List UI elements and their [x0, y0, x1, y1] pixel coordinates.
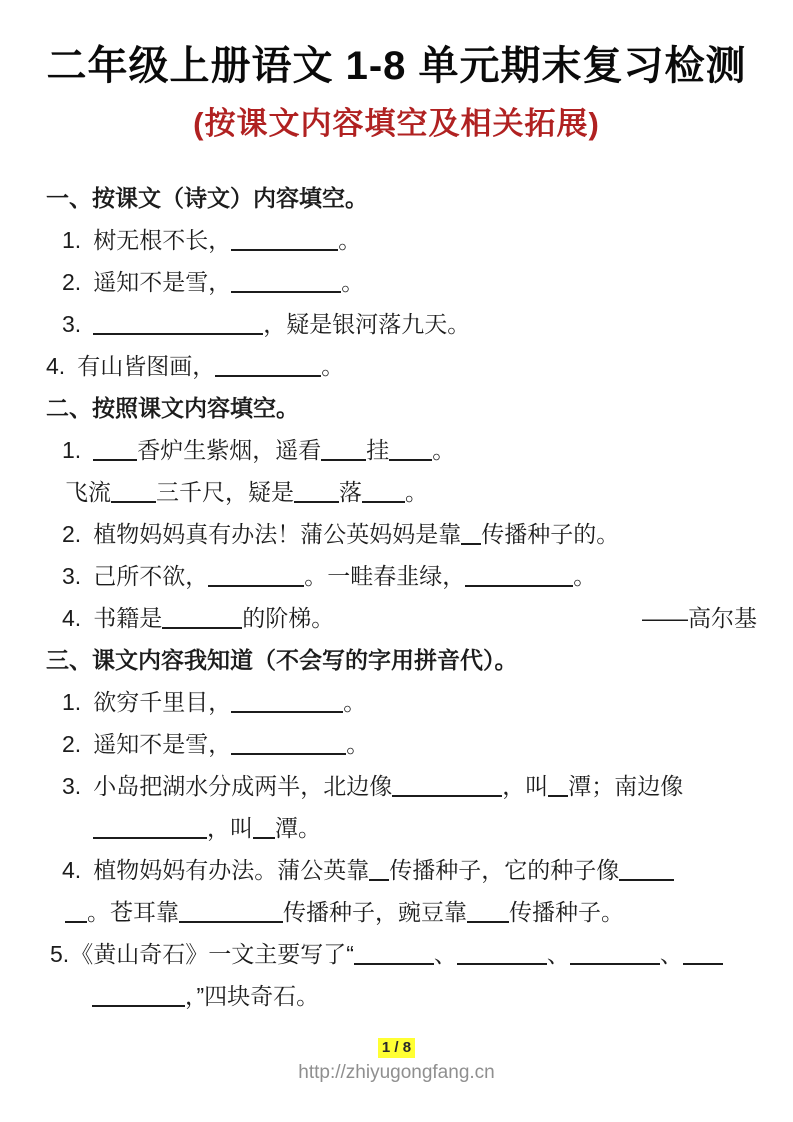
text-run: 遥知不是雪，	[93, 731, 231, 757]
worksheet-line: 1.树无根不长，。	[46, 219, 757, 261]
text-run: ，叫	[502, 773, 548, 799]
text-run: 传播种子。	[509, 899, 624, 925]
text-run: 有山皆图画，	[77, 353, 215, 379]
fill-in-blank	[619, 879, 674, 881]
text-run: 传播种子，它的种子像	[389, 857, 619, 883]
text-run: 。苍耳靠	[87, 899, 179, 925]
fill-in-blank	[465, 585, 573, 587]
fill-in-blank	[231, 249, 338, 251]
item-number: 3.	[62, 311, 81, 337]
fill-in-blank	[467, 921, 509, 923]
fill-in-blank	[548, 795, 568, 797]
fill-in-blank	[362, 501, 405, 503]
text-run: 欲穷千里目，	[93, 689, 231, 715]
fill-in-blank	[321, 459, 366, 461]
text-run: 《黄山奇石》一文主要写了“	[70, 941, 354, 967]
worksheet-line: 4.书籍是的阶梯。——高尔基	[46, 597, 757, 639]
fill-in-blank	[392, 795, 502, 797]
attribution: ——高尔基	[642, 597, 757, 639]
text-run: 。	[338, 227, 361, 253]
fill-in-blank	[570, 963, 660, 965]
text-run: 植物妈妈真有办法！蒲公英妈妈是靠	[93, 521, 461, 547]
text-run: 飞流	[65, 479, 111, 505]
item-number: 3.	[62, 563, 81, 589]
fill-in-blank	[683, 963, 723, 965]
text-run: 传播种子，豌豆靠	[283, 899, 467, 925]
page-number-badge: 1 / 8	[378, 1038, 415, 1058]
text-run: 小岛把湖水分成两半，北边像	[93, 773, 392, 799]
fill-in-blank	[93, 333, 263, 335]
text-run: 。	[346, 731, 369, 757]
item-number: 5.	[50, 941, 69, 967]
text-run: 。	[321, 353, 344, 379]
text-run: 三千尺，疑是	[156, 479, 294, 505]
worksheet-line: 1.欲穷千里目，。	[46, 681, 757, 723]
worksheet-line: 4.植物妈妈有办法。蒲公英靠传播种子，它的种子像	[46, 849, 757, 891]
text-run: 、	[547, 941, 570, 967]
footer-url: http://zhiyugongfang.cn	[0, 1061, 793, 1085]
text-run: 。	[343, 689, 366, 715]
text-run: 、	[434, 941, 457, 967]
worksheet-page: 二年级上册语文 1-8 单元期末复习检测 (按课文内容填空及相关拓展) 一、按课…	[0, 0, 793, 1122]
worksheet-line: 2.植物妈妈真有办法！蒲公英妈妈是靠传播种子的。	[46, 513, 757, 555]
item-number: 4.	[62, 857, 81, 883]
worksheet-line: 3.，疑是银河落九天。	[46, 303, 757, 345]
worksheet-line: 1.香炉生紫烟，遥看挂。	[46, 429, 757, 471]
fill-in-blank	[65, 921, 87, 923]
text-run: 遥知不是雪，	[93, 269, 231, 295]
item-number: 3.	[62, 773, 81, 799]
item-number: 2.	[62, 731, 81, 757]
text-run: 植物妈妈有办法。蒲公英靠	[93, 857, 369, 883]
text-run: 树无根不长，	[93, 227, 231, 253]
text-run: 。	[573, 563, 596, 589]
section-heading: 三、课文内容我知道（不会写的字用拼音代）。	[46, 639, 757, 681]
item-number: 1.	[62, 227, 81, 253]
fill-in-blank	[93, 459, 137, 461]
text-run: 落	[339, 479, 362, 505]
fill-in-blank	[179, 921, 283, 923]
fill-in-blank	[231, 291, 341, 293]
page-title: 二年级上册语文 1-8 单元期末复习检测	[0, 0, 793, 92]
text-run: ，叫	[207, 815, 253, 841]
item-number: 4.	[46, 353, 65, 379]
worksheet-line: 3.小岛把湖水分成两半，北边像，叫潭；南边像	[46, 765, 757, 807]
item-number: 4.	[62, 605, 81, 631]
text-run: 潭；南边像	[568, 773, 683, 799]
text-run: ，”四块奇石。	[185, 983, 319, 1009]
fill-in-blank	[369, 879, 389, 881]
text-run: 挂	[366, 437, 389, 463]
fill-in-blank	[389, 459, 432, 461]
fill-in-blank	[111, 501, 156, 503]
fill-in-blank	[208, 585, 304, 587]
page-subtitle: (按课文内容填空及相关拓展)	[0, 98, 793, 143]
fill-in-blank	[215, 375, 321, 377]
section-1: 一、按课文（诗文）内容填空。1.树无根不长，。2.遥知不是雪，。3.，疑是银河落…	[46, 177, 757, 387]
fill-in-blank	[92, 1005, 185, 1007]
text-run: 香炉生紫烟，遥看	[137, 437, 321, 463]
worksheet-line: 。苍耳靠传播种子，豌豆靠传播种子。	[46, 891, 757, 933]
item-number: 2.	[62, 521, 81, 547]
item-number: 1.	[62, 437, 81, 463]
fill-in-blank	[354, 963, 434, 965]
text-run: 潭。	[275, 815, 321, 841]
text-run: 。	[432, 437, 455, 463]
fill-in-blank	[93, 837, 207, 839]
worksheet-body: 一、按课文（诗文）内容填空。1.树无根不长，。2.遥知不是雪，。3.，疑是银河落…	[0, 143, 793, 1017]
fill-in-blank	[162, 627, 242, 629]
item-number: 2.	[62, 269, 81, 295]
section-heading: 一、按课文（诗文）内容填空。	[46, 177, 757, 219]
worksheet-line: 5.《黄山奇石》一文主要写了“、、、	[46, 933, 757, 975]
fill-in-blank	[294, 501, 339, 503]
fill-in-blank	[457, 963, 547, 965]
worksheet-line: 2.遥知不是雪，。	[46, 723, 757, 765]
text-run: 传播种子的。	[481, 521, 619, 547]
text-run: ，疑是银河落九天。	[263, 311, 470, 337]
worksheet-line: 2.遥知不是雪，。	[46, 261, 757, 303]
worksheet-line: 4.有山皆图画，。	[46, 345, 757, 387]
fill-in-blank	[461, 543, 481, 545]
text-run: 己所不欲，	[93, 563, 208, 589]
section-2: 二、按照课文内容填空。1.香炉生紫烟，遥看挂。飞流三千尺，疑是落。2.植物妈妈真…	[46, 387, 757, 639]
fill-in-blank	[231, 753, 346, 755]
fill-in-blank	[253, 837, 275, 839]
worksheet-line: 3.己所不欲，。一畦春韭绿，。	[46, 555, 757, 597]
page-footer: 1 / 8 http://zhiyugongfang.cn	[0, 1038, 793, 1085]
section-heading: 二、按照课文内容填空。	[46, 387, 757, 429]
worksheet-line: ，”四块奇石。	[46, 975, 757, 1017]
text-run: 。	[341, 269, 364, 295]
item-number: 1.	[62, 689, 81, 715]
text-run: 、	[660, 941, 683, 967]
worksheet-line: ，叫潭。	[46, 807, 757, 849]
text-run: 书籍是	[93, 605, 162, 631]
text-run: 。一畦春韭绿，	[304, 563, 465, 589]
text-run: 。	[405, 479, 428, 505]
fill-in-blank	[231, 711, 343, 713]
text-run: 的阶梯。	[242, 605, 334, 631]
worksheet-line: 飞流三千尺，疑是落。	[46, 471, 757, 513]
section-3: 三、课文内容我知道（不会写的字用拼音代）。1.欲穷千里目，。2.遥知不是雪，。3…	[46, 639, 757, 1017]
